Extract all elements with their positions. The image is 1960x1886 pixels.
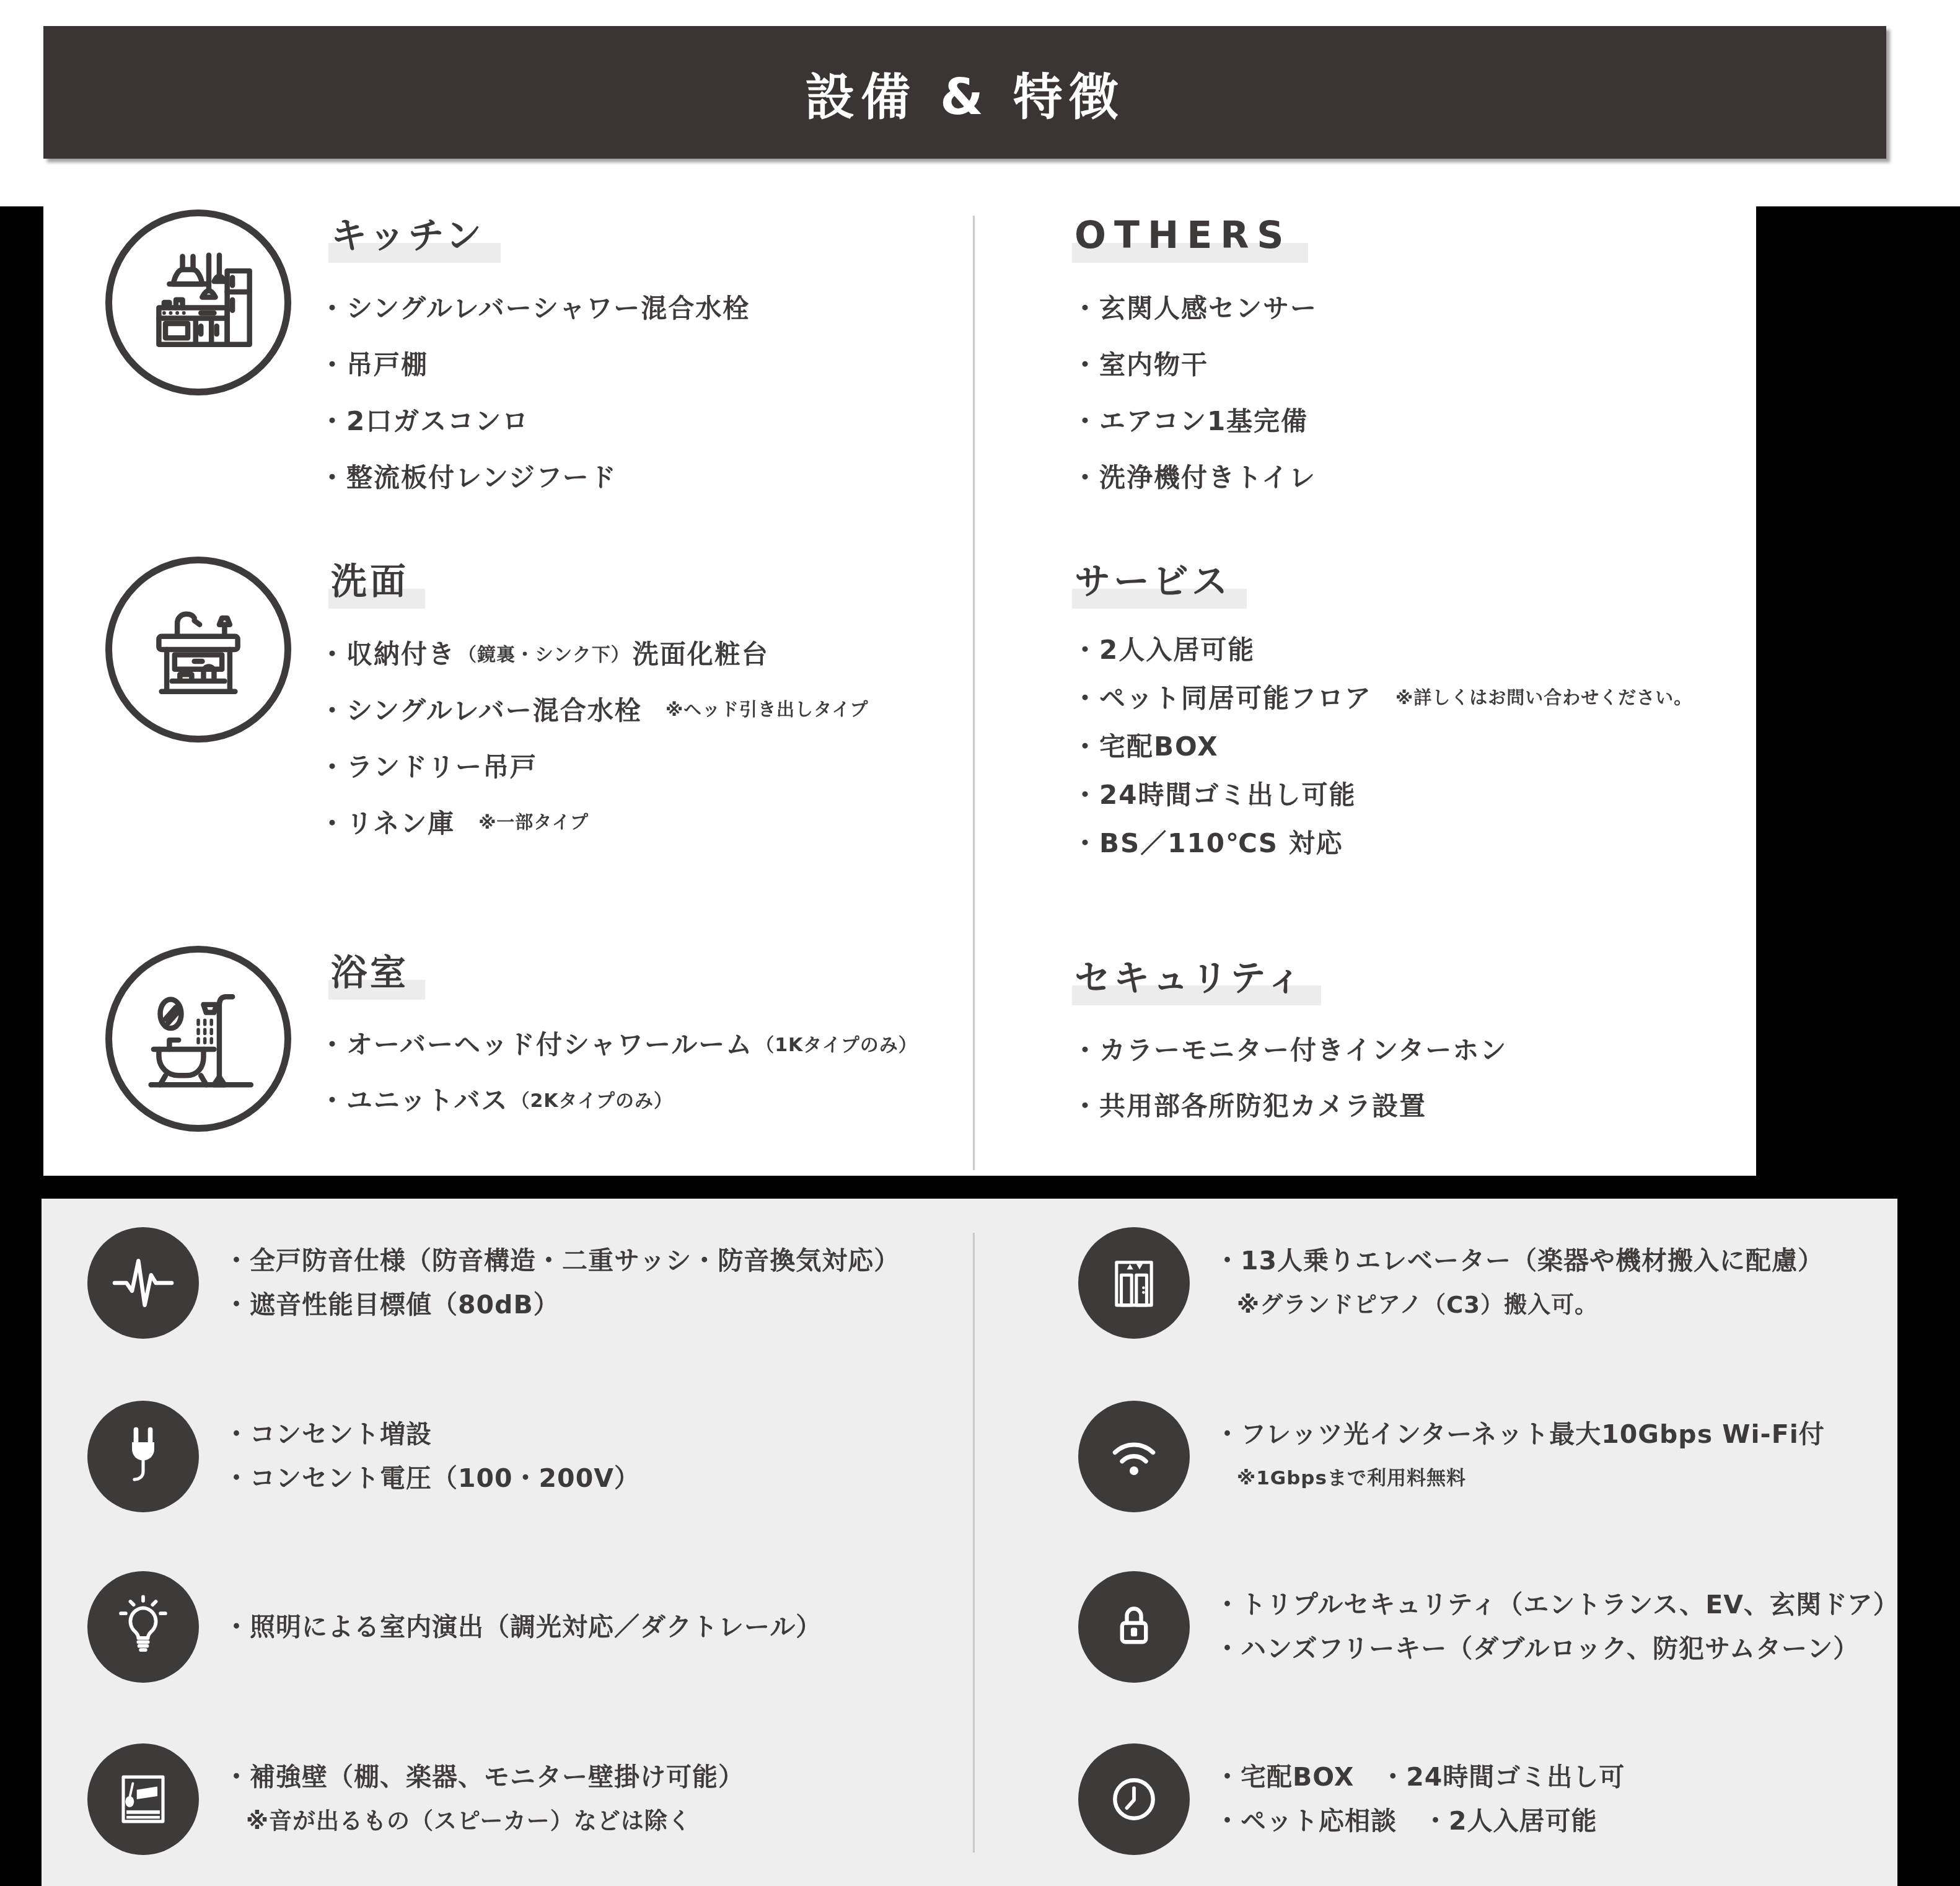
equipment-item: ・2口ガスコンロ xyxy=(319,391,976,447)
equipment-item: ・共用部各所防犯カメラ設置 xyxy=(1072,1077,1754,1132)
feature-row-convenience: ・宅配BOX ・24時間ゴミ出し可 ・ペット応相談 ・2人入居可能 xyxy=(1078,1743,1625,1855)
feature-row-lighting: ・照明による室内演出（調光対応／ダクトレール） xyxy=(87,1571,822,1683)
page-title: 設備 & 特徴 xyxy=(805,57,1124,128)
section-heading-service: サービス xyxy=(1072,557,1247,609)
feature-row-internet: ・フレッツ光インターネット最大10Gbps Wi-Fi付 ※1Gbpsまで利用料… xyxy=(1078,1401,1825,1512)
equipment-item: ・玄関人感センサー xyxy=(1072,278,1754,335)
section-heading-security: セキュリティ xyxy=(1072,953,1321,1005)
bathroom-icon xyxy=(105,946,291,1132)
section-heading-kitchen: キッチン xyxy=(328,211,501,263)
feature-row-soundproof: ・全戸防音仕様（防音構造・二重サッシ・防音換気対応） ・遮音性能目標値（80dB… xyxy=(87,1227,900,1339)
feature-note: ※グランドピアノ（C3）搬入可。 xyxy=(1215,1283,1824,1327)
equipment-item: ・シングルレバー混合水栓※ヘッド引き出しタイプ xyxy=(319,681,976,737)
feature-row-reinforced-wall: ・補強壁（棚、楽器、モニター壁掛け可能） ※音が出るもの（スピーカー）などは除く xyxy=(87,1743,744,1855)
equipment-item: ・ユニットバス（2Kタイプのみ） xyxy=(319,1071,976,1127)
section-washroom: 洗面 ・収納付き（鏡裏・シンク下）洗面化粧台 ・シングルレバー混合水栓※ヘッド引… xyxy=(319,557,976,850)
equipment-item: ・BS／110℃S 対応 xyxy=(1072,817,1754,866)
equipment-feature-sheet: { "colors": { "header_bg": "#3a3533", "i… xyxy=(0,0,1960,1886)
equipment-item: ・ランドリー吊戸 xyxy=(319,737,976,793)
feature-row-elevator: ・13人乗りエレベーター（楽器や機材搬入に配慮） ※グランドピアノ（C3）搬入可… xyxy=(1078,1227,1824,1339)
equipment-item: ・吊戸棚 xyxy=(319,335,976,391)
equipment-item: ・カラーモニター付きインターホン xyxy=(1072,1021,1754,1077)
feature-note: ※1Gbpsまで利用料無料 xyxy=(1215,1456,1825,1500)
section-kitchen: キッチン ・シングルレバーシャワー混合水栓 ・吊戸棚 ・2口ガスコンロ ・整流板… xyxy=(319,211,976,504)
feature-row-security: ・トリプルセキュリティ（エントランス、EV、玄関ドア） ・ハンズフリーキー（ダブ… xyxy=(1078,1571,1899,1683)
section-heading-others: OTHERS xyxy=(1072,211,1308,263)
feature-line: ・ハンズフリーキー（ダブルロック、防犯サムターン） xyxy=(1215,1627,1899,1671)
feature-row-outlet: ・コンセント増設 ・コンセント電圧（100・200V） xyxy=(87,1401,640,1512)
feature-line: ・コンセント増設 xyxy=(224,1412,640,1456)
section-heading-bathroom: 浴室 xyxy=(328,948,425,1000)
feature-line: ・コンセント電圧（100・200V） xyxy=(224,1456,640,1500)
feature-note: ※音が出るもの（スピーカー）などは除く xyxy=(224,1799,744,1843)
features-panel: ・全戸防音仕様（防音構造・二重サッシ・防音換気対応） ・遮音性能目標値（80dB… xyxy=(42,1199,1897,1886)
equipment-item: ・宅配BOX xyxy=(1072,721,1754,769)
equipment-item: ・オーバーヘッド付シャワールーム（1Kタイプのみ） xyxy=(319,1015,976,1071)
washstand-icon xyxy=(105,557,291,743)
lock-icon xyxy=(1078,1571,1190,1683)
header-bar: 設備 & 特徴 xyxy=(43,26,1886,159)
wall-mount-icon xyxy=(87,1743,199,1855)
equipment-item: ・リネン庫※一部タイプ xyxy=(319,793,976,850)
plug-icon xyxy=(87,1401,199,1512)
feature-line: ・照明による室内演出（調光対応／ダクトレール） xyxy=(224,1605,822,1649)
equipment-item: ・シングルレバーシャワー混合水栓 xyxy=(319,278,976,335)
equipment-item: ・室内物干 xyxy=(1072,335,1754,391)
feature-line: ・全戸防音仕様（防音構造・二重サッシ・防音換気対応） xyxy=(224,1239,900,1283)
equipment-item: ・2人入居可能 xyxy=(1072,624,1754,672)
equipment-item: ・洗浄機付きトイレ xyxy=(1072,447,1754,504)
feature-line: ・遮音性能目標値（80dB） xyxy=(224,1283,900,1327)
bulb-icon xyxy=(87,1571,199,1683)
feature-line: ・ペット応相談 ・2人入居可能 xyxy=(1215,1799,1625,1843)
equipment-item: ・24時間ゴミ出し可能 xyxy=(1072,769,1754,817)
equipment-panel: キッチン ・シングルレバーシャワー混合水栓 ・吊戸棚 ・2口ガスコンロ ・整流板… xyxy=(43,206,1756,1176)
section-heading-washroom: 洗面 xyxy=(328,557,425,609)
features-column-divider xyxy=(973,1233,975,1853)
feature-line: ・宅配BOX ・24時間ゴミ出し可 xyxy=(1215,1755,1625,1799)
kitchen-icon xyxy=(105,209,291,395)
elevator-icon xyxy=(1078,1227,1190,1339)
soundwave-icon xyxy=(87,1227,199,1339)
section-others: OTHERS ・玄関人感センサー ・室内物干 ・エアコン1基完備 ・洗浄機付きト… xyxy=(1072,211,1754,504)
section-service: サービス ・2人入居可能 ・ペット同居可能フロア※詳しくはお問い合わせください。… xyxy=(1072,557,1754,866)
feature-line: ・補強壁（棚、楽器、モニター壁掛け可能） xyxy=(224,1755,744,1799)
feature-line: ・13人乗りエレベーター（楽器や機材搬入に配慮） xyxy=(1215,1239,1824,1283)
equipment-item: ・収納付き（鏡裏・シンク下）洗面化粧台 xyxy=(319,624,976,681)
feature-line: ・フレッツ光インターネット最大10Gbps Wi-Fi付 xyxy=(1215,1412,1825,1456)
equipment-item: ・整流板付レンジフード xyxy=(319,447,976,504)
section-bathroom: 浴室 ・オーバーヘッド付シャワールーム（1Kタイプのみ） ・ユニットバス（2Kタ… xyxy=(319,948,976,1127)
feature-line: ・トリプルセキュリティ（エントランス、EV、玄関ドア） xyxy=(1215,1583,1899,1627)
section-security: セキュリティ ・カラーモニター付きインターホン ・共用部各所防犯カメラ設置 xyxy=(1072,953,1754,1132)
equipment-item: ・ペット同居可能フロア※詳しくはお問い合わせください。 xyxy=(1072,672,1754,721)
wifi-icon xyxy=(1078,1401,1190,1512)
clock-icon xyxy=(1078,1743,1190,1855)
equipment-item: ・エアコン1基完備 xyxy=(1072,391,1754,447)
